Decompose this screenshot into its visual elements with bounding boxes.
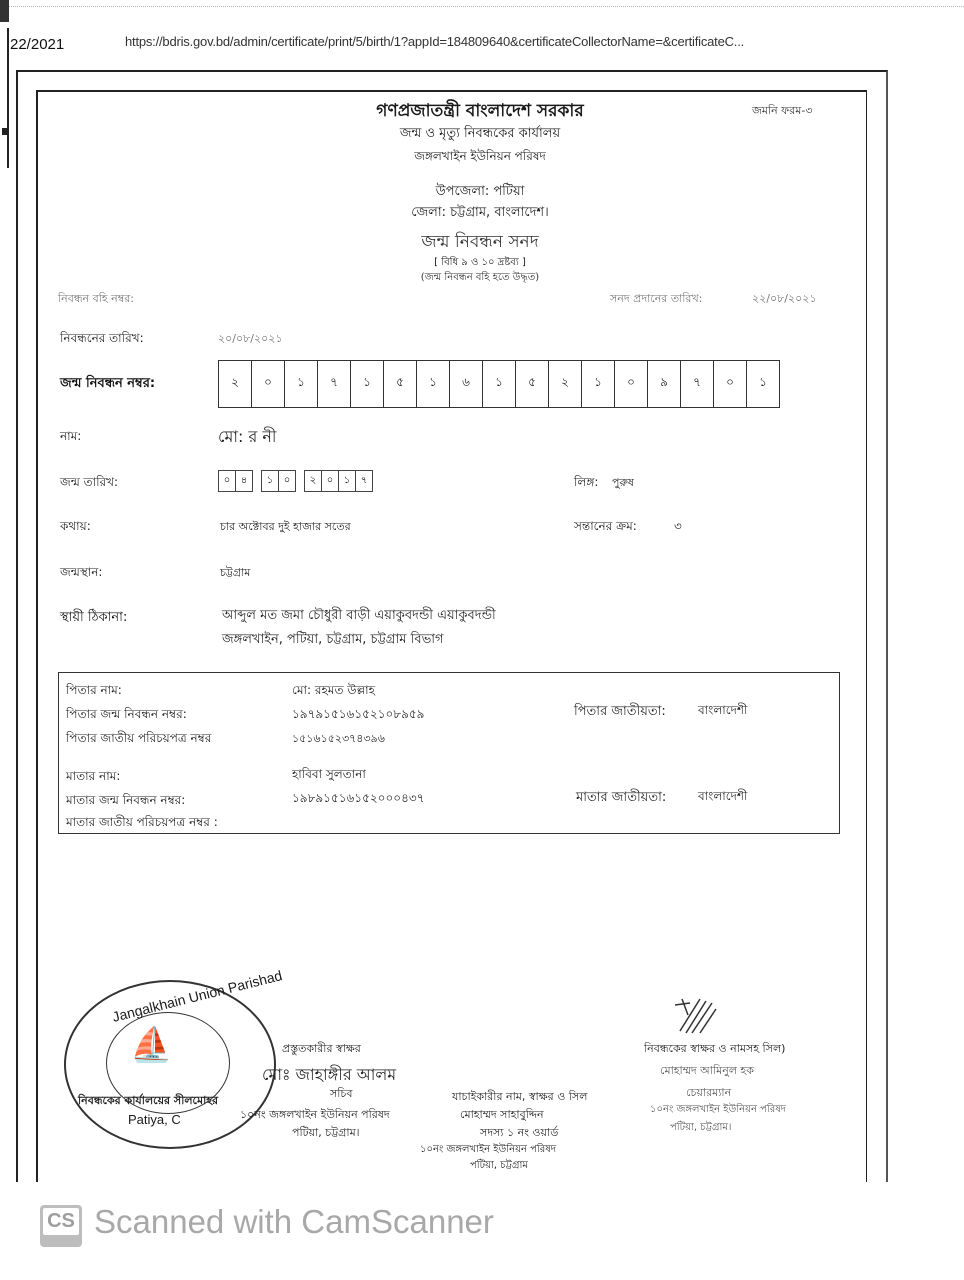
registration-digit: ০: [615, 361, 648, 407]
registration-digit: ৫: [384, 361, 417, 407]
registration-digit: ২: [549, 361, 582, 407]
dob-year-group: ২০১৭: [304, 470, 373, 492]
registrar-org: ১০নং জঙ্গলখাইন ইউনিয়ন পরিষদ: [650, 1102, 786, 1119]
issue-date-value: ২২/০৮/২০২১: [752, 290, 817, 309]
address-line-2: জঙ্গলখাইন, পটিয়া, চট্টগ্রাম, চট্টগ্রাম …: [222, 630, 444, 651]
certificate-title: জন্ম নিবন্ধন সনদ: [200, 229, 760, 257]
birthplace-value: চট্টগ্রাম: [220, 564, 250, 583]
registration-digit: ৭: [318, 361, 351, 407]
registrar-signature-scribble: [670, 995, 720, 1035]
registration-digit: ১: [582, 361, 615, 407]
registration-digit: ০: [252, 361, 285, 407]
registration-digit: ১: [351, 361, 384, 407]
birthplace-label: জন্মস্থান:: [60, 564, 102, 584]
upazila-line: উপজেলা: পটিয়া: [200, 182, 760, 203]
issue-date-label: সনদ প্রদানের তারিখ:: [610, 290, 702, 309]
dob-label: জন্ম তারিখ:: [60, 474, 118, 494]
mother-nationality-label: মাতার জাতীয়তা:: [576, 788, 666, 809]
preparer-signature-label: প্রস্তুতকারীর স্বাক্ষর: [282, 1040, 361, 1059]
address-line-1: আব্দুল মত জমা চৌধুরী বাড়ী এয়াকুবদন্ডী …: [222, 606, 496, 627]
birth-order-value: ৩: [674, 518, 682, 538]
verifier-label: যাচাইকারীর নাম, স্বাক্ষর ও সিল: [452, 1088, 587, 1107]
dob-day-digit: ০: [219, 471, 236, 491]
registration-date-value: ২০/০৮/২০২১: [218, 330, 283, 349]
gender-value: পুরুষ: [612, 474, 634, 493]
registrar-name: মোহাম্মদ আমিনুল হক: [660, 1062, 754, 1081]
dob-year-digit: ১: [339, 471, 356, 491]
print-date: 22/2021: [10, 36, 64, 53]
verifier-line-3: ১০নং জঙ্গলখাইন ইউনিয়ন পরিষদ: [420, 1142, 556, 1159]
source-note: (জন্ম নিবন্ধন বহি হতে উদ্ধৃত): [200, 270, 760, 287]
mother-name-value: হাবিবা সুলতানা: [292, 766, 366, 786]
stamp-bottom-text: Patiya, C: [128, 1112, 181, 1127]
father-nationality-value: বাংলাদেশী: [698, 702, 747, 722]
father-nid-value: ১৫১৬১৫২৩৭৪৩৯৬: [292, 730, 385, 749]
registration-digit: ৬: [450, 361, 483, 407]
mother-nationality-value: বাংলাদেশী: [698, 788, 747, 808]
registration-digit: ১: [285, 361, 318, 407]
dob-day-group: ০৪: [218, 470, 253, 492]
district-line: জেলা: চট্টগ্রাম, বাংলাদেশ।: [200, 203, 760, 224]
dob-month-digit: ০: [279, 471, 295, 491]
gender-label: লিঙ্গ:: [574, 474, 598, 494]
scan-left-edge: [0, 0, 9, 22]
camscanner-logo-icon: CS: [40, 1205, 82, 1247]
registration-digit: ১: [417, 361, 450, 407]
registration-digit: ১: [747, 361, 779, 407]
registrar-title: চেয়ারম্যান: [686, 1084, 731, 1103]
dob-year-digit: ০: [322, 471, 339, 491]
dob-month-digit: ১: [262, 471, 279, 491]
preparer-place: পটিয়া, চট্টগ্রাম।: [292, 1124, 360, 1143]
registration-digit: ৫: [516, 361, 549, 407]
father-nid-label: পিতার জাতীয় পরিচয়পত্র নম্বর: [66, 730, 211, 750]
birth-order-label: সন্তানের ক্রম:: [574, 518, 637, 538]
registration-digit: ০: [714, 361, 747, 407]
father-nationality-label: পিতার জাতীয়তা:: [574, 702, 666, 723]
verifier-name: মোহাম্মদ সাহাবুদ্দিন: [460, 1106, 544, 1125]
print-url: https://bdris.gov.bd/admin/certificate/p…: [125, 34, 744, 49]
government-title: গণপ্রজাতন্ত্রী বাংলাদেশ সরকার: [200, 98, 760, 126]
union-title: জঙ্গলখাইন ইউনিয়ন পরিষদ: [200, 148, 760, 168]
verifier-line-2: সদস্য ১ নং ওয়ার্ড: [480, 1124, 558, 1143]
name-value: মো: র নী: [218, 424, 277, 451]
registration-digit: ১: [483, 361, 516, 407]
register-book-label: নিবন্ধন বহি নম্বর:: [58, 290, 134, 309]
mother-name-label: মাতার নাম:: [66, 768, 120, 788]
scan-top-edge: [0, 0, 964, 7]
preparer-title: সচিব: [330, 1085, 352, 1104]
dob-month-group: ১০: [261, 470, 296, 492]
registrar-office-seal-label: নিবন্ধকের কার্যালয়ের সীলমোহর: [78, 1092, 218, 1111]
mother-nid-label: মাতার জাতীয় পরিচয়পত্র নম্বর :: [66, 814, 218, 834]
dob-year-digit: ২: [305, 471, 322, 491]
father-reg-value: ১৯৭৯১৫১৬১৫২১০৮৯৫৯: [292, 706, 424, 726]
preparer-org: ১০নং জঙ্গলখাইন ইউনিয়ন পরিষদ: [240, 1106, 390, 1125]
dob-day-digit: ৪: [236, 471, 252, 491]
dob-year-digit: ৭: [356, 471, 372, 491]
registration-date-label: নিবন্ধনের তারিখ:: [60, 330, 144, 350]
scan-left-dot: [2, 128, 7, 135]
camscanner-watermark: Scanned with CamScanner: [94, 1203, 494, 1241]
verifier-line-4: পটিয়া, চট্টগ্রাম: [470, 1158, 528, 1175]
registration-digit: ২: [219, 361, 252, 407]
father-name-value: মো: রহমত উল্লাহ: [292, 682, 375, 702]
registration-digit: ৭: [681, 361, 714, 407]
name-label: নাম:: [60, 428, 81, 448]
boat-emblem-icon: ⛵: [130, 1025, 172, 1065]
scan-left-bar: [7, 28, 9, 168]
in-words-value: চার অক্টোবর দুই হাজার সতের: [220, 518, 351, 537]
registration-digit: ৯: [648, 361, 681, 407]
father-reg-label: পিতার জন্ম নিবন্ধন নম্বর:: [66, 706, 187, 726]
form-number: জমনি ফরম-৩: [752, 102, 812, 121]
registrar-signature-label: নিবন্ধকের স্বাক্ষর ও নামসহ সিল): [644, 1040, 785, 1059]
registration-number-boxes: ২০১৭১৫১৬১৫২১০৯৭০১: [218, 360, 780, 408]
father-name-label: পিতার নাম:: [66, 682, 122, 702]
address-label: স্থায়ী ঠিকানা:: [60, 608, 127, 629]
in-words-label: কথায়:: [60, 518, 91, 538]
dob-boxes: ০৪১০২০১৭: [218, 470, 381, 492]
mother-reg-label: মাতার জন্ম নিবন্ধন নম্বর:: [66, 792, 185, 812]
registrar-place: পটিয়া, চট্টগ্রাম।: [670, 1120, 731, 1137]
mother-reg-value: ১৯৮৯১৫১৬১৫২০০০৪৩৭: [292, 790, 424, 810]
office-title: জন্ম ও মৃত্যু নিবন্ধকের কার্যালয়: [200, 124, 760, 145]
registration-number-label: জন্ম নিবন্ধন নম্বর:: [60, 374, 155, 395]
